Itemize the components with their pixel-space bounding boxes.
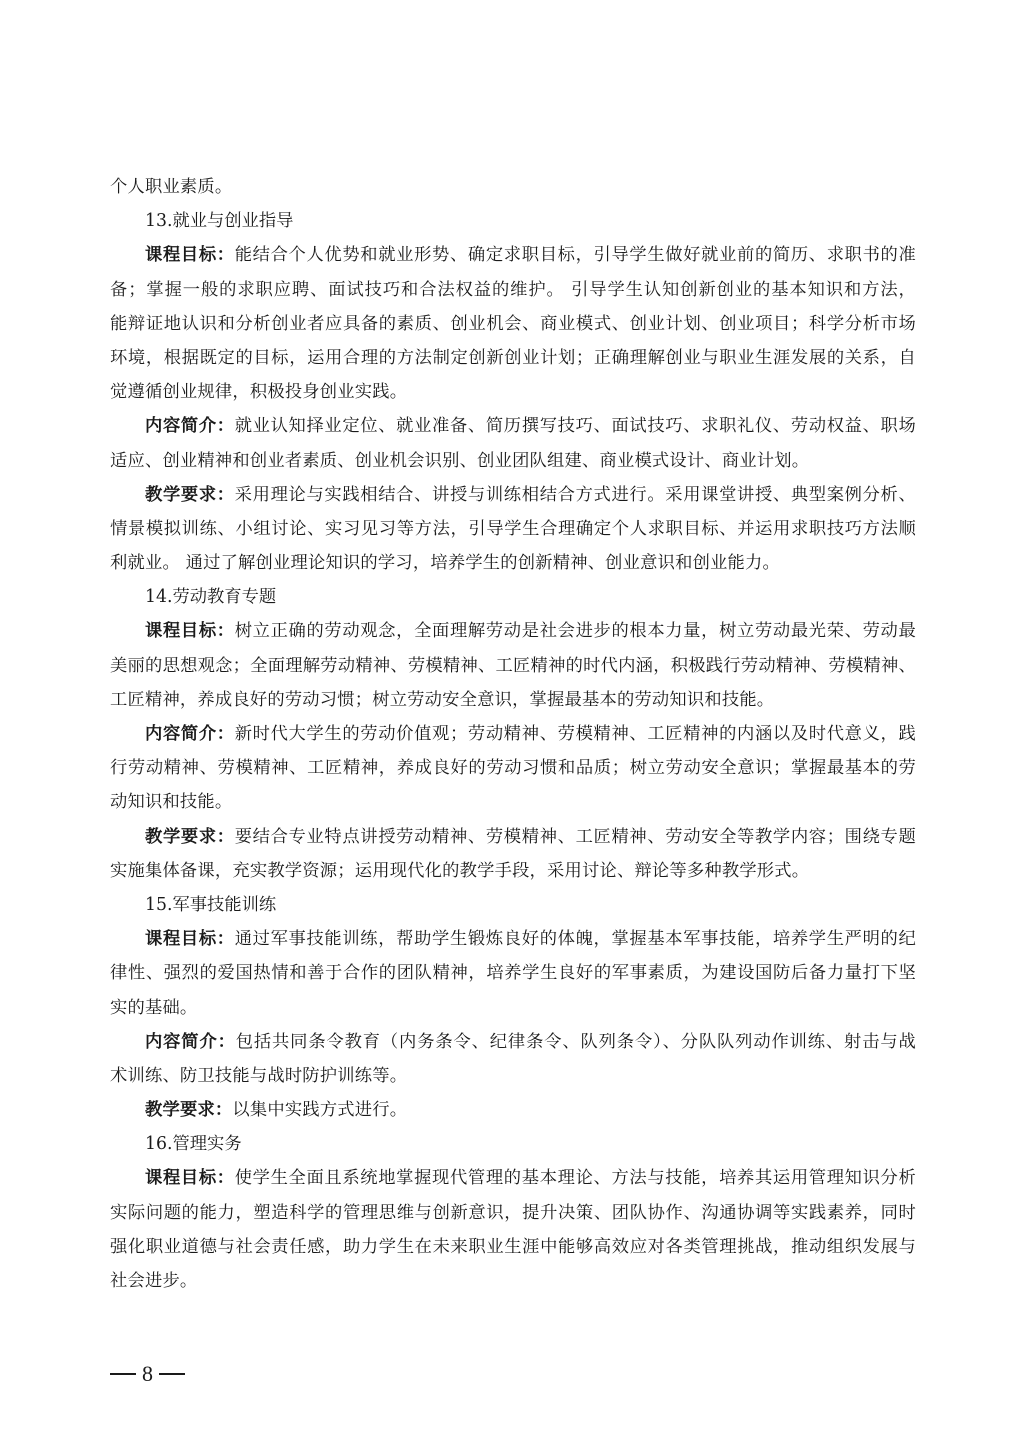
course-section-15: 15.军事技能训练 课程目标：通过军事技能训练，帮助学生锻炼良好的体魄，掌握基本… [110, 888, 916, 1127]
paragraph-text: 要结合专业特点讲授劳动精神、劳模精神、工匠精神、劳动安全等教学内容；围绕专题 [235, 827, 916, 847]
paragraph-text: 行劳动精神、劳模精神、工匠精神，养成良好的劳动习惯和品质；树立劳动安全意识；掌握… [110, 751, 916, 785]
course-heading: 16.管理实务 [110, 1127, 916, 1161]
paragraph-text: 实施集体备课，充实教学资源；运用现代化的教学手段，采用讨论、辩论等多种教学形式。 [110, 854, 916, 888]
paragraph-label: 课程目标： [145, 1168, 235, 1188]
paragraph-text: 通过军事技能训练，帮助学生锻炼良好的体魄，掌握基本军事技能，培养学生严明的纪 [235, 929, 916, 949]
paragraph-text: 强化职业道德与社会责任感，助力学生在未来职业生涯中能够高效应对各类管理挑战，推动… [110, 1230, 916, 1264]
paragraph-label: 课程目标： [145, 621, 235, 641]
paragraph-label: 内容简介： [145, 724, 235, 744]
course-objective-paragraph: 课程目标：通过军事技能训练，帮助学生锻炼良好的体魄，掌握基本军事技能，培养学生严… [110, 922, 916, 1025]
paragraph-text: 使学生全面且系统地掌握现代管理的基本理论、方法与技能，培养其运用管理知识分析 [235, 1168, 916, 1188]
paragraph-text: 术训练、防卫技能与战时防护训练等。 [110, 1059, 916, 1093]
page-number-footer: 8 [110, 1361, 185, 1387]
paragraph-text: 社会进步。 [110, 1264, 916, 1298]
content-summary-paragraph: 内容简介：新时代大学生的劳动价值观；劳动精神、劳模精神、工匠精神的内涵以及时代意… [110, 717, 916, 820]
content-summary-paragraph: 内容简介：就业认知择业定位、就业准备、简历撰写技巧、面试技巧、求职礼仪、劳动权益… [110, 409, 916, 477]
paragraph-text: 能结合个人优势和就业形势、确定求职目标，引导学生做好就业前的简历、求职书的准 [235, 245, 916, 265]
content-summary-paragraph: 内容简介：包括共同条令教育（内务条令、纪律条令、队列条令）、分队队列动作训练、射… [110, 1025, 916, 1093]
paragraph-text: 以集中实践方式进行。 [232, 1100, 407, 1120]
paragraph-text: 适应、创业精神和创业者素质、创业机会识别、创业团队组建、商业模式设计、商业计划。 [110, 444, 916, 478]
course-heading: 13.就业与创业指导 [110, 204, 916, 238]
course-section-14: 14.劳动教育专题 课程目标：树立正确的劳动观念，全面理解劳动是社会进步的根本力… [110, 580, 916, 888]
teaching-requirements-paragraph: 教学要求：以集中实践方式进行。 [110, 1093, 916, 1127]
paragraph-text: 采用理论与实践相结合、讲授与训练相结合方式进行。采用课堂讲授、典型案例分析、 [235, 485, 916, 505]
paragraph-label: 教学要求： [145, 1100, 232, 1120]
paragraph-label: 课程目标： [145, 245, 235, 265]
page-number-dash-left [110, 1373, 136, 1374]
paragraph-label: 内容简介： [145, 416, 235, 436]
paragraph-text: 美丽的思想观念；全面理解劳动精神、劳模精神、工匠精神的时代内涵，积极践行劳动精神… [110, 649, 916, 683]
paragraph-text: 就业认知择业定位、就业准备、简历撰写技巧、面试技巧、求职礼仪、劳动权益、职场 [235, 416, 916, 436]
course-heading: 14.劳动教育专题 [110, 580, 916, 614]
paragraph-label: 内容简介： [145, 1032, 236, 1052]
document-body: 个人职业素质。 13.就业与创业指导 课程目标：能结合个人优势和就业形势、确定求… [110, 170, 916, 1298]
paragraph-label: 课程目标： [145, 929, 235, 949]
course-objective-paragraph: 课程目标：树立正确的劳动观念，全面理解劳动是社会进步的根本力量，树立劳动最光荣、… [110, 614, 916, 717]
paragraph-label: 教学要求： [145, 485, 235, 505]
teaching-requirements-paragraph: 教学要求：采用理论与实践相结合、讲授与训练相结合方式进行。采用课堂讲授、典型案例… [110, 478, 916, 581]
page-number-dash-right [159, 1373, 185, 1374]
paragraph-label: 教学要求： [145, 827, 235, 847]
continuation-line: 个人职业素质。 [110, 170, 916, 204]
course-section-13: 13.就业与创业指导 课程目标：能结合个人优势和就业形势、确定求职目标，引导学生… [110, 204, 916, 580]
paragraph-text: 能辩证地认识和分析创业者应具备的素质、创业机会、商业模式、创业计划、创业项目；科… [110, 307, 916, 341]
paragraph-text: 动知识和技能。 [110, 785, 916, 819]
course-heading: 15.军事技能训练 [110, 888, 916, 922]
paragraph-text: 情景模拟训练、小组讨论、实习见习等方法，引导学生合理确定个人求职目标、并运用求职… [110, 512, 916, 546]
paragraph-text: 实际问题的能力，塑造科学的管理思维与创新意识，提升决策、团队协作、沟通协调等实践… [110, 1196, 916, 1230]
paragraph-text: 环境，根据既定的目标，运用合理的方法制定创新创业计划；正确理解创业与职业生涯发展… [110, 341, 916, 375]
teaching-requirements-paragraph: 教学要求：要结合专业特点讲授劳动精神、劳模精神、工匠精神、劳动安全等教学内容；围… [110, 820, 916, 888]
paragraph-text: 备；掌握一般的求职应聘、面试技巧和合法权益的维护。 引导学生认知创新创业的基本知… [110, 273, 916, 307]
paragraph-text: 实的基础。 [110, 991, 916, 1025]
paragraph-text: 利就业。 通过了解创业理论知识的学习，培养学生的创新精神、创业意识和创业能力。 [110, 546, 916, 580]
course-objective-paragraph: 课程目标：使学生全面且系统地掌握现代管理的基本理论、方法与技能，培养其运用管理知… [110, 1161, 916, 1298]
course-objective-paragraph: 课程目标：能结合个人优势和就业形势、确定求职目标，引导学生做好就业前的简历、求职… [110, 238, 916, 409]
page-number: 8 [142, 1361, 153, 1387]
paragraph-text: 树立正确的劳动观念，全面理解劳动是社会进步的根本力量，树立劳动最光荣、劳动最 [235, 621, 916, 641]
paragraph-text: 包括共同条令教育（内务条令、纪律条令、队列条令）、分队队列动作训练、射击与战 [236, 1032, 916, 1052]
paragraph-text: 觉遵循创业规律，积极投身创业实践。 [110, 375, 916, 409]
paragraph-text: 律性、强烈的爱国热情和善于合作的团队精神，培养学生良好的军事素质，为建设国防后备… [110, 956, 916, 990]
paragraph-text: 新时代大学生的劳动价值观；劳动精神、劳模精神、工匠精神的内涵以及时代意义，践 [235, 724, 916, 744]
paragraph-text: 工匠精神，养成良好的劳动习惯；树立劳动安全意识，掌握最基本的劳动知识和技能。 [110, 683, 916, 717]
course-section-16: 16.管理实务 课程目标：使学生全面且系统地掌握现代管理的基本理论、方法与技能，… [110, 1127, 916, 1298]
